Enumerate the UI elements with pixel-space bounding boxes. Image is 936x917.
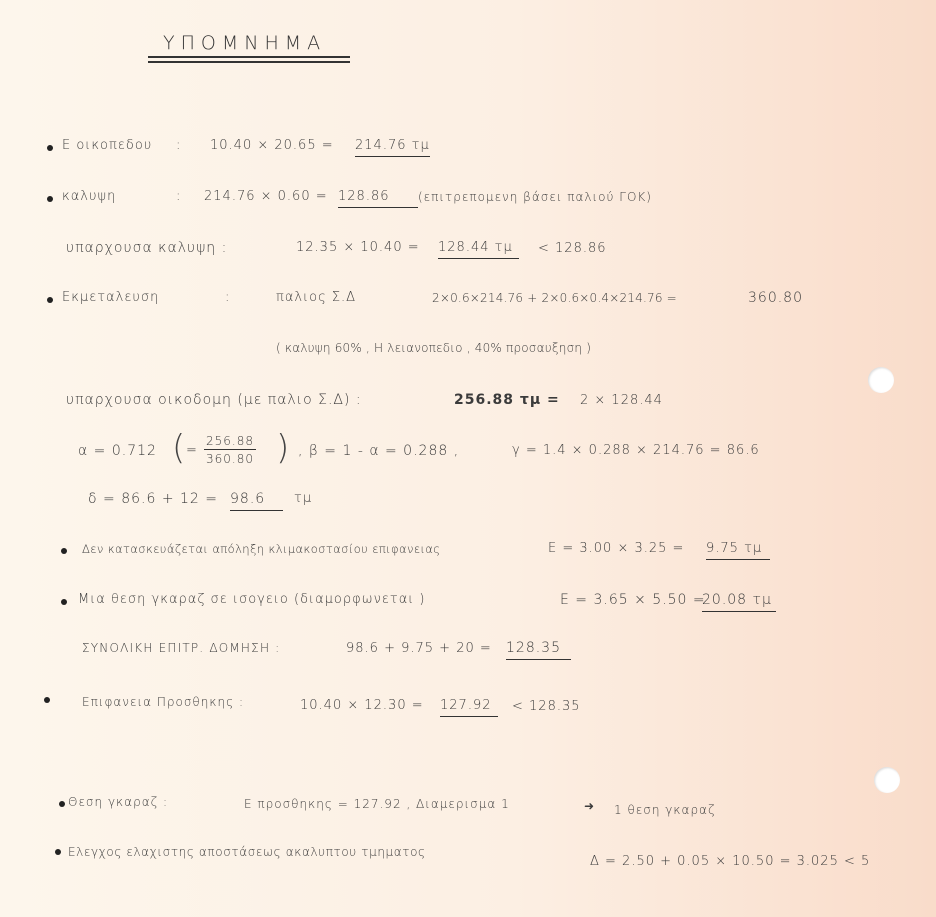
coverage-calc: 214.76 × 0.60 =	[204, 189, 328, 204]
exploitation-note: ( καλυψη 60% , Η λειανοπεδιο , 40% προσα…	[276, 341, 591, 355]
title-underline	[148, 61, 350, 63]
exploitation-result: 360.80	[748, 290, 803, 306]
stairwell-calc: Ε = 3.00 × 3.25 =	[548, 541, 684, 556]
bullet-icon	[47, 145, 53, 151]
alpha-equals: =	[186, 443, 198, 458]
delta-unit: τμ	[294, 491, 312, 506]
existing-coverage-label: υπαρχουσα καλυψη :	[66, 240, 227, 256]
parking-result: 1 θεση γκαραζ	[614, 803, 716, 817]
parking-calc: Ε προσθηκης = 127.92 , Διαμερισμα 1	[244, 797, 510, 811]
addition-result: 127.92	[440, 698, 498, 717]
coverage-note: (επιτρεπομενη βάσει παλιού ΓΟΚ)	[418, 190, 652, 204]
existing-building-label: υπαρχουσα οικοδομη (με παλιο Σ.Δ) :	[66, 392, 362, 408]
garage-calc: Ε = 3.65 × 5.50 =	[560, 592, 706, 608]
bullet-icon	[47, 297, 53, 303]
addition-calc: 10.40 × 12.30 =	[300, 698, 424, 713]
fraction-denominator: 360.80	[204, 450, 256, 466]
plot-area-result: 214.76 τμ	[355, 138, 430, 157]
colon: :	[176, 138, 181, 153]
alpha-value: α = 0.712	[78, 443, 157, 459]
bullet-icon	[44, 697, 50, 703]
delta-result: 98.6	[230, 491, 283, 511]
total-calc: 98.6 + 9.75 + 20 =	[346, 641, 492, 656]
old-building-coefficient: παλιος Σ.Δ	[276, 290, 356, 305]
colon: :	[225, 290, 230, 305]
existing-coverage-compare: < 128.86	[538, 241, 607, 256]
binder-hole	[868, 367, 894, 393]
coverage-label: καλυψη	[62, 189, 116, 204]
alpha-fraction: 256.88 360.80	[204, 434, 256, 466]
plot-area-calc: 10.40 × 20.65 =	[210, 138, 334, 153]
distance-label: Ελεγχος ελαχιστης αποστάσεως ακαλυπτου τ…	[68, 845, 426, 859]
binder-hole	[874, 767, 900, 793]
paren-open: (	[172, 428, 185, 468]
gamma-value: γ = 1.4 × 0.288 × 214.76 = 86.6	[512, 443, 760, 458]
parking-label: Θεση γκαραζ :	[68, 795, 168, 809]
existing-building-value: 256.88 τμ =	[454, 392, 560, 408]
stairwell-result: 9.75 τμ	[706, 541, 770, 560]
existing-coverage-calc: 12.35 × 10.40 =	[296, 240, 420, 255]
fraction-numerator: 256.88	[204, 434, 256, 450]
distance-calc: Δ = 2.50 + 0.05 × 10.50 = 3.025 < 5	[590, 854, 870, 869]
existing-coverage-result: 128.44 τμ	[438, 240, 519, 259]
colon: :	[176, 189, 181, 204]
addition-label: Επιφανεια Προσθηκης :	[82, 695, 244, 709]
paren-close: )	[276, 428, 289, 468]
garage-result: 20.08 τμ	[702, 592, 776, 612]
total-result: 128.35	[506, 640, 571, 660]
bullet-icon	[55, 849, 61, 855]
exploitation-label: Εκμεταλευση	[62, 290, 159, 305]
total-label: ΣΥΝΟΛΙΚΗ ΕΠΙΤΡ. ΔΟΜΗΣΗ :	[82, 641, 280, 655]
bullet-icon	[59, 801, 65, 807]
arrow-right-icon: ➜	[584, 799, 595, 813]
bullet-icon	[61, 548, 67, 554]
beta-value: , β = 1 - α = 0.288 ,	[298, 443, 459, 459]
garage-text: Μια θεση γκαραζ σε ισογειο (διαμορφωνετα…	[78, 592, 426, 607]
stairwell-text: Δεν κατασκευάζεται απόληξη κλιμακοστασίο…	[82, 542, 440, 556]
exploitation-calc: 2×0.6×214.76 + 2×0.6×0.4×214.76 =	[432, 291, 677, 305]
handwritten-notes-page: ΥΠΟΜΝΗΜΑ Ε οικοπεδου : 10.40 × 20.65 = 2…	[0, 0, 936, 917]
existing-building-calc: 2 × 128.44	[580, 393, 663, 408]
bullet-icon	[61, 599, 67, 605]
addition-compare: < 128.35	[512, 699, 581, 714]
delta-calc: δ = 86.6 + 12 =	[88, 491, 218, 507]
coverage-result: 128.86	[338, 189, 418, 208]
page-title: ΥΠΟΜΝΗΜΑ	[163, 32, 326, 54]
title-underline	[148, 56, 350, 58]
bullet-icon	[47, 196, 53, 202]
plot-area-label: Ε οικοπεδου	[62, 138, 152, 153]
